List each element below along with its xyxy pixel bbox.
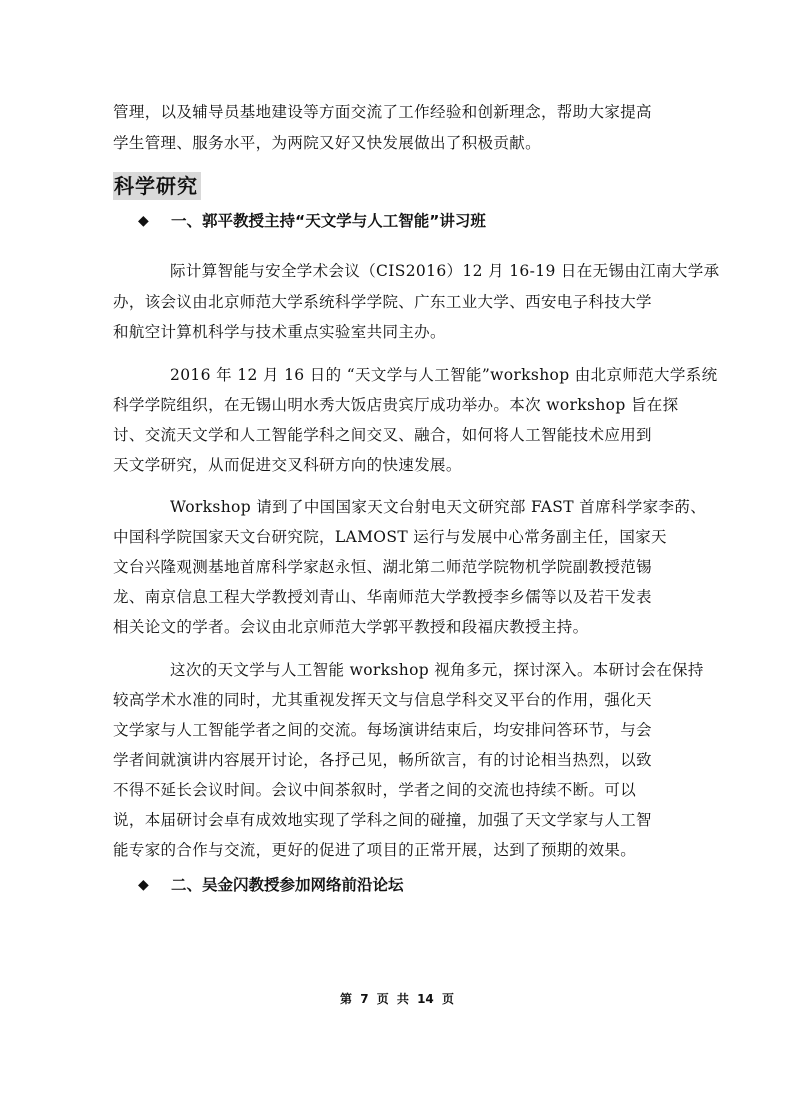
paragraph-line: 中国科学院国家天文台研究院，LAMOST 运行与发展中心常务副主任，国家天 <box>113 527 667 547</box>
subsection-heading-text: 二、吴金闪教授参加网络前沿论坛 <box>171 874 404 896</box>
paragraph-line: 说，本届研讨会卓有成效地实现了学科之间的碰撞，加强了天文学家与人工智 <box>113 810 652 830</box>
paragraph-line: 龙、南京信息工程大学教授刘青山、华南师范大学教授李乡儒等以及若干发表 <box>113 587 652 607</box>
paragraph-line: 较高学术水准的同时，尤其重视发挥天文与信息学科交叉平台的作用，强化天 <box>113 690 652 710</box>
paragraph-line: 天文学研究，从而促进交叉科研方向的快速发展。 <box>113 455 462 475</box>
paragraph-line: 办，该会议由北京师范大学系统科学学院、广东工业大学、西安电子科技大学 <box>113 292 652 312</box>
paragraph-line: 讨、交流天文学和人工智能学科之间交叉、融合，如何将人工智能技术应用到 <box>113 425 652 445</box>
paragraph-line: 科学学院组织，在无锡山明水秀大饭店贵宾厅成功举办。本次 workshop 旨在探 <box>113 395 678 415</box>
diamond-bullet-icon: ◆ <box>138 210 151 232</box>
paragraph-line: 文台兴隆观测基地首席科学家赵永恒、湖北第二师范学院物机学院副教授范锡 <box>113 557 652 577</box>
subsection-heading-text: 一、郭平教授主持“天文学与人工智能”讲习班 <box>171 210 486 232</box>
document-page: 管理，以及辅导员基地建设等方面交流了工作经验和创新理念，帮助大家提高 学生管理、… <box>0 0 794 1111</box>
paragraph-line: 能专家的合作与交流，更好的促进了项目的正常开展，达到了预期的效果。 <box>113 840 636 860</box>
diamond-bullet-icon: ◆ <box>138 874 151 896</box>
paragraph-line: 这次的天文学与人工智能 workshop 视角多元，探讨深入。本研讨会在保持 <box>170 660 704 680</box>
paragraph-line: 学者间就演讲内容展开讨论，各抒己见，畅所欲言，有的讨论相当热烈，以致 <box>113 750 652 770</box>
paragraph-line: 文学家与人工智能学者之间的交流。每场演讲结束后，均安排问答环节，与会 <box>113 720 652 740</box>
paragraph-line: 管理，以及辅导员基地建设等方面交流了工作经验和创新理念，帮助大家提高 <box>113 102 652 122</box>
paragraph-line: 相关论文的学者。会议由北京师范大学郭平教授和段福庆教授主持。 <box>113 617 589 637</box>
subsection-heading-2: ◆ 二、吴金闪教授参加网络前沿论坛 <box>138 874 404 896</box>
section-title: 科学研究 <box>113 172 201 200</box>
subsection-heading-1: ◆ 一、郭平教授主持“天文学与人工智能”讲习班 <box>138 210 486 232</box>
paragraph-line: 不得不延长会议时间。会议中间茶叙时，学者之间的交流也持续不断。可以 <box>113 780 636 800</box>
paragraph-line: 际计算智能与安全学术会议（CIS2016）12 月 16-19 日在无锡由江南大… <box>170 261 719 281</box>
page-footer: 第 7 页 共 14 页 <box>0 990 794 1007</box>
paragraph-line: Workshop 请到了中国国家天文台射电天文研究部 FAST 首席科学家李菂、 <box>170 497 706 517</box>
paragraph-line: 2016 年 12 月 16 日的 “天文学与人工智能”workshop 由北京… <box>170 365 717 385</box>
paragraph-line: 学生管理、服务水平，为两院又好又快发展做出了积极贡献。 <box>113 133 541 153</box>
paragraph-line: 和航空计算机科学与技术重点实验室共同主办。 <box>113 322 446 342</box>
